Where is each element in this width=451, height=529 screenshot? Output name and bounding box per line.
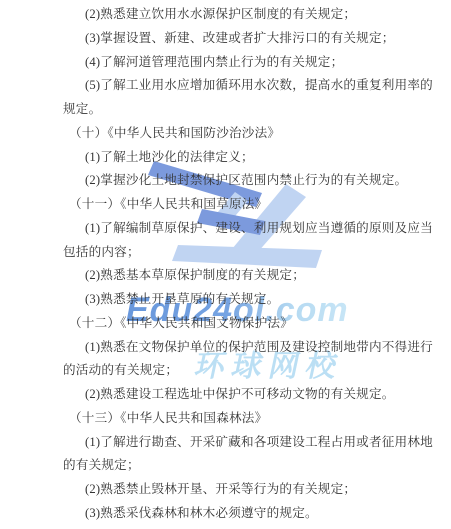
text-line: (4)了解河道管理范围内禁止行为的有关规定； — [63, 51, 451, 75]
text-line: 规定。 — [63, 98, 451, 122]
text-line: (2)熟悉禁止毁林开垦、开采等行为的有关规定； — [63, 478, 451, 502]
text-line: (1)了解编制草原保护、建设、利用规划应当遵循的原则及应当 — [63, 217, 451, 241]
text-line: (1)了解土地沙化的法律定义； — [63, 146, 451, 170]
text-line: （十一）《中华人民共和国草原法》 — [63, 193, 451, 217]
text-line: (2)熟悉建设工程选址中保护不可移动文物的有关规定。 — [63, 383, 451, 407]
text-line: (3)掌握设置、新建、改建或者扩大排污口的有关规定； — [63, 27, 451, 51]
text-line: (3)熟悉采伐森林和林木必须遵守的规定。 — [63, 502, 451, 526]
document-text: (2)熟悉建立饮用水水源保护区制度的有关规定；(3)掌握设置、新建、改建或者扩大… — [63, 3, 451, 526]
text-line: 的有关规定； — [63, 454, 451, 478]
text-line: （十二）《中华人民共和国文物保护法》 — [63, 312, 451, 336]
text-line: 的活动的有关规定； — [63, 359, 451, 383]
text-line: (2)掌握沙化土地封禁保护区范围内禁止行为的有关规定。 — [63, 169, 451, 193]
text-line: (2)熟悉基本草原保护制度的有关规定； — [63, 264, 451, 288]
text-line: (1)了解进行勘查、开采矿藏和各项建设工程占用或者征用林地 — [63, 431, 451, 455]
text-line: (2)熟悉建立饮用水水源保护区制度的有关规定； — [63, 3, 451, 27]
text-line: 包括的内容； — [63, 241, 451, 265]
document-page: Edu24ol.com 环球网校 (2)熟悉建立饮用水水源保护区制度的有关规定；… — [0, 0, 451, 529]
text-line: （十）《中华人民共和国防沙治沙法》 — [63, 122, 451, 146]
text-line: (1)熟悉在文物保护单位的保护范围及建设控制地带内不得进行 — [63, 336, 451, 360]
text-line: (5)了解工业用水应增加循环用水次数，提高水的重复利用率的 — [63, 74, 451, 98]
text-line: (3)熟悉禁止开垦草原的有关规定。 — [63, 288, 451, 312]
text-line: （十三）《中华人民共和国森林法》 — [63, 407, 451, 431]
